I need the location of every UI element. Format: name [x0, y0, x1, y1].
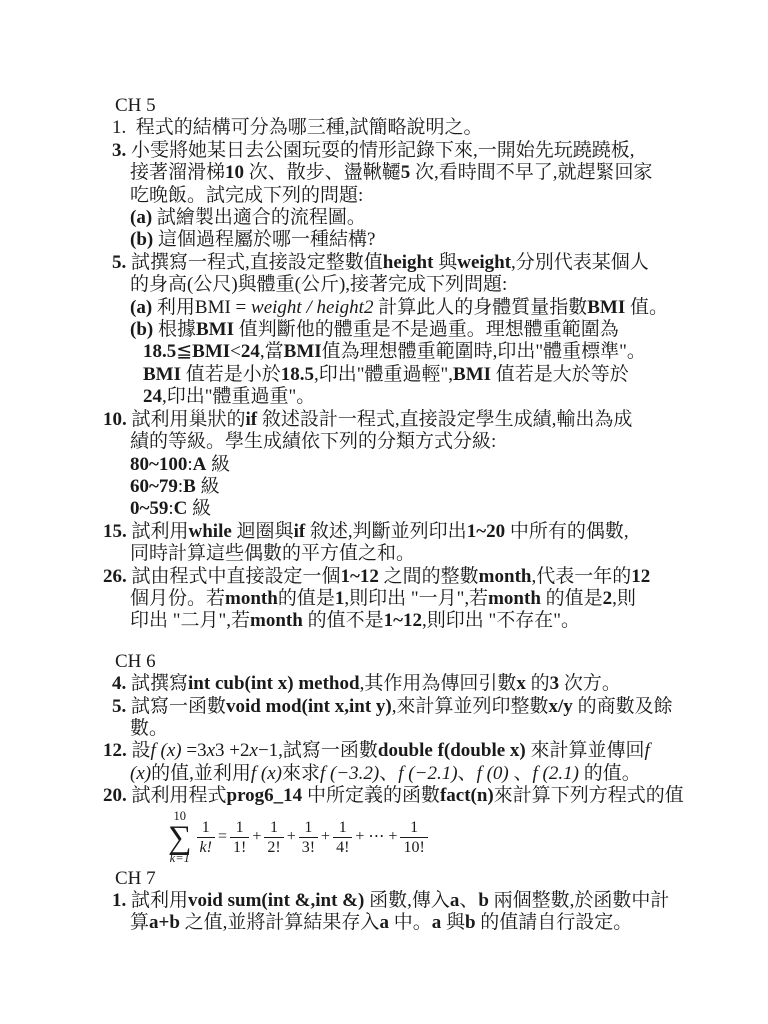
text-run: 10.: [103, 409, 127, 430]
text-run: 函數,傳入: [364, 890, 450, 911]
text-line: BMI 值若是小於18.5,印出"體重過輕",BMI 值若是大於等於: [143, 364, 768, 386]
text-run: 利用BMI =: [152, 297, 251, 318]
text-run: a: [450, 890, 460, 911]
text-run: 試寫一函數: [126, 696, 226, 717]
text-line: 3. 小雯將她某日去公園玩耍的情形記錄下來,一開始先玩蹺蹺板,: [112, 140, 768, 162]
chapter-heading: CH 5: [115, 95, 768, 117]
fraction: 11!: [230, 818, 249, 857]
text-run: 中所定義的函數: [302, 785, 440, 806]
text-run: height: [383, 252, 434, 273]
text-run: 值為理想體重範圍時,印出"體重標準"。: [322, 341, 646, 362]
text-run: if: [294, 521, 306, 542]
text-run: double f(double x): [378, 740, 526, 761]
text-run: a: [379, 912, 389, 933]
fraction: 14!: [333, 818, 352, 857]
text-run: void sum(int &,int &): [188, 890, 364, 911]
text-run: (a): [130, 207, 152, 228]
text-run: ,則: [612, 588, 636, 609]
text-run: 24: [143, 386, 162, 407]
fraction-numerator: 1: [267, 818, 281, 837]
text-run: 26.: [103, 566, 127, 587]
text-run: 的身高(公尺)與體重(公斤),接著完成下列問題:: [130, 274, 507, 295]
text-run: (b): [130, 319, 153, 340]
text-run: 程式的結構可分為哪三種,試簡略說明之。: [126, 117, 482, 138]
text-run: 的值是: [541, 588, 603, 609]
text-run: 迴圈與: [232, 521, 294, 542]
text-run: ,印出"體重過重"。: [162, 386, 315, 407]
text-run: 值若是小於: [181, 364, 281, 385]
text-run: 的: [526, 673, 550, 694]
text-run: 3.: [112, 140, 126, 161]
fraction-denominator: 10!: [400, 837, 427, 857]
formula-operator: =: [215, 826, 230, 848]
text-run: A: [193, 454, 207, 475]
text-run: 10: [225, 162, 244, 183]
text-run: BMI: [587, 297, 625, 318]
text-line: (x)的值,並利用f (x)來求f (−3.2)、f (−2.1)、f (0) …: [130, 763, 768, 785]
text-line: 0~59:C 級: [130, 498, 768, 520]
text-run: 5: [401, 162, 411, 183]
text-run: 、: [379, 763, 398, 784]
text-run: BMI: [143, 364, 181, 385]
text-run: 3: [550, 673, 560, 694]
text-run: 值若是大於等於: [491, 364, 629, 385]
text-run: 20.: [103, 785, 127, 806]
text-run: ,則印出 "不存在"。: [422, 610, 580, 631]
fraction-numerator: 1: [199, 818, 213, 837]
text-run: 5.: [112, 252, 126, 273]
text-run: 數。: [130, 718, 168, 739]
text-run: if: [246, 409, 258, 430]
text-run: 1~12: [341, 566, 379, 587]
fraction-numerator: 1: [233, 818, 247, 837]
text-run: month: [479, 566, 532, 587]
document-page: CH 51. 程式的結構可分為哪三種,試簡略說明之。3. 小雯將她某日去公園玩耍…: [0, 0, 768, 1024]
text-run: ,分別代表某個人: [511, 252, 649, 273]
text-run: 績的等級。學生成績依下列的分類方式分級:: [130, 431, 496, 452]
text-run: −1,試寫一函數: [258, 740, 378, 761]
formula-operator: +: [249, 826, 264, 848]
formula-operator: +: [284, 826, 299, 848]
text-run: 來計算並傳回: [526, 740, 645, 761]
text-run: x/y: [549, 696, 573, 717]
text-line: 26. 試由程式中直接設定一個1~12 之間的整數month,代表一年的12: [103, 566, 768, 588]
text-run: 60~79: [130, 476, 178, 497]
fraction-denominator: 2!: [264, 837, 283, 857]
text-run: weight / height2: [251, 297, 373, 318]
text-run: <: [230, 341, 241, 362]
text-run: (b): [130, 229, 153, 250]
text-run: 印出 "二月",若: [130, 610, 250, 631]
text-run: 1~20: [467, 521, 505, 542]
text-run: f (−2.1): [398, 763, 457, 784]
text-line: 80~100:A 級: [130, 454, 768, 476]
text-line: 4. 試撰寫int cub(int x) method,其作用為傳回引數x 的3…: [112, 673, 768, 695]
text-run: CH 5: [115, 95, 156, 116]
text-run: CH 7: [115, 868, 156, 889]
text-run: (x): [130, 763, 151, 784]
text-run: 小雯將她某日去公園玩耍的情形記錄下來,一開始先玩蹺蹺板,: [126, 140, 634, 161]
formula-operator: + ⋯ +: [352, 826, 400, 848]
text-run: 來計算下列方程式的值: [494, 785, 684, 806]
text-line: 績的等級。學生成績依下列的分類方式分級:: [130, 431, 768, 453]
text-line: (b) 這個過程屬於哪一種結構?: [130, 229, 768, 251]
text-run: 之間的整數: [379, 566, 479, 587]
text-line: 1. 試利用void sum(int &,int &) 函數,傳入a、b 兩個整…: [112, 890, 768, 912]
text-run: 試撰寫一程式,直接設定整數值: [126, 252, 383, 273]
text-run: 之值,並將計算結果存入: [180, 912, 380, 933]
text-run: 1: [335, 588, 345, 609]
text-run: 次方。: [559, 673, 621, 694]
text-run: month: [225, 588, 278, 609]
text-run: fact(n): [440, 785, 494, 806]
summation-formula: 10∑k=11k!=11!+12!+13!+14!+ ⋯ +110!: [168, 808, 768, 868]
text-run: BMI: [192, 341, 230, 362]
text-run: BMI: [284, 341, 322, 362]
formula-operator: +: [318, 826, 333, 848]
text-line: 12. 設f (x) =3x3 +2x−1,試寫一函數double f(doub…: [103, 740, 768, 762]
text-run: 4.: [112, 673, 126, 694]
text-run: while: [189, 521, 232, 542]
text-run: 12.: [103, 740, 127, 761]
fraction-denominator: k!: [197, 837, 215, 857]
text-run: 80~100: [130, 454, 187, 475]
text-run: f (x): [151, 740, 182, 761]
text-run: 值。: [625, 297, 668, 318]
text-line: 60~79:B 級: [130, 476, 768, 498]
text-line: 15. 試利用while 迴圈與if 敘述,判斷並列印出1~20 中所有的偶數,: [103, 521, 768, 543]
fraction-numerator: 1: [407, 818, 421, 837]
chapter-heading: CH 6: [115, 651, 768, 673]
text-run: a: [432, 912, 442, 933]
text-run: 試繪製出適合的流程圖。: [152, 207, 366, 228]
text-run: 接著溜滑梯: [130, 162, 225, 183]
text-run: 的值是: [278, 588, 335, 609]
text-line: 10. 試利用巢狀的if 敘述設計一程式,直接設定學生成績,輸出為成: [103, 409, 768, 431]
text-run: ,當: [260, 341, 284, 362]
line-gap: [0, 633, 768, 651]
text-run: f (0): [477, 763, 509, 784]
text-run: 與: [441, 912, 465, 933]
fraction: 1k!: [197, 818, 215, 857]
text-line: 1. 程式的結構可分為哪三種,試簡略說明之。: [112, 117, 768, 139]
fraction-denominator: 4!: [333, 837, 352, 857]
text-run: x: [250, 740, 258, 761]
text-run: 同時計算這些偶數的平方值之和。: [130, 543, 415, 564]
text-run: 18.5: [143, 341, 176, 362]
text-run: CH 6: [115, 651, 156, 672]
text-run: 與: [433, 252, 457, 273]
text-run: C: [174, 498, 188, 519]
text-run: 的商數及餘: [573, 696, 673, 717]
text-run: f (x): [251, 763, 282, 784]
sigma-icon: ∑: [168, 824, 192, 852]
fraction-denominator: 1!: [230, 837, 249, 857]
text-run: 2: [603, 588, 613, 609]
text-block: CH 51. 程式的結構可分為哪三種,試簡略說明之。3. 小雯將她某日去公園玩耍…: [0, 95, 768, 935]
fraction-denominator: 3!: [299, 837, 318, 857]
fraction-numerator: 1: [301, 818, 315, 837]
text-run: (a): [130, 297, 152, 318]
text-run: a+b: [149, 912, 180, 933]
text-line: 同時計算這些偶數的平方值之和。: [130, 543, 768, 565]
text-run: weight: [457, 252, 511, 273]
text-run: 、: [459, 890, 478, 911]
text-run: 試撰寫: [126, 673, 188, 694]
text-run: f (2.1): [533, 763, 579, 784]
text-run: 24: [241, 341, 260, 362]
text-run: 來求: [282, 763, 320, 784]
text-run: 級: [187, 498, 211, 519]
sigma-column: 10∑k=1: [168, 810, 192, 866]
text-run: 、: [509, 763, 533, 784]
text-run: 18.5: [281, 364, 314, 385]
text-run: 敘述設計一程式,直接設定學生成績,輸出為成: [257, 409, 632, 430]
text-run: 3 +2: [215, 740, 249, 761]
text-run: 試利用程式: [127, 785, 227, 806]
text-run: 的值,並利用: [151, 763, 251, 784]
text-line: (a) 利用BMI = weight / height2 計算此人的身體質量指數…: [130, 297, 768, 319]
text-line: 20. 試利用程式prog6_14 中所定義的函數fact(n)來計算下列方程式…: [103, 785, 768, 807]
text-run: 次,看時間不早了,就趕緊回家: [410, 162, 652, 183]
fraction-numerator: 1: [336, 818, 350, 837]
text-run: 兩個整數,於函數中計: [489, 890, 670, 911]
text-line: 的身高(公尺)與體重(公斤),接著完成下列問題:: [130, 274, 768, 296]
text-run: ,來計算並列印整數: [392, 696, 549, 717]
text-run: 1.: [112, 890, 126, 911]
text-run: 5.: [112, 696, 126, 717]
text-run: 值判斷他的體重是不是過重。理想體重範圍為: [234, 319, 619, 340]
text-run: 試利用: [126, 890, 188, 911]
text-run: 中所有的偶數,: [505, 521, 629, 542]
fraction: 12!: [264, 818, 283, 857]
text-run: 這個過程屬於哪一種結構?: [153, 229, 375, 250]
text-run: 級: [196, 476, 220, 497]
text-run: BMI: [453, 364, 491, 385]
text-run: ,則印出 "一月",若: [344, 588, 488, 609]
text-run: prog6_14: [227, 785, 303, 806]
text-run: month: [250, 610, 303, 631]
text-run: BMI: [196, 319, 234, 340]
text-run: 1.: [112, 117, 126, 138]
text-line: 個月份。若month的值是1,則印出 "一月",若month 的值是2,則: [130, 588, 768, 610]
text-run: void mod(int x,int y): [226, 696, 392, 717]
text-line: 吃晚飯。試完成下列的問題:: [130, 185, 768, 207]
text-run: x: [207, 740, 215, 761]
fraction: 13!: [299, 818, 318, 857]
text-run: f: [645, 740, 650, 761]
text-run: 試利用: [127, 521, 189, 542]
sigma-lower-limit: k=1: [170, 852, 190, 866]
text-run: 的值。: [579, 763, 641, 784]
text-run: 0~59: [130, 498, 168, 519]
text-line: 印出 "二月",若month 的值不是1~12,則印出 "不存在"。: [130, 610, 768, 632]
text-run: 15.: [103, 521, 127, 542]
text-run: ,代表一年的: [531, 566, 631, 587]
text-run: 、: [458, 763, 477, 784]
text-run: 吃晚飯。試完成下列的問題:: [130, 185, 363, 206]
text-run: B: [183, 476, 196, 497]
text-run: x: [516, 673, 526, 694]
fraction: 110!: [400, 818, 427, 857]
text-run: month: [488, 588, 541, 609]
text-run: 試由程式中直接設定一個: [127, 566, 341, 587]
text-line: (b) 根據BMI 值判斷他的體重是不是過重。理想體重範圍為: [130, 319, 768, 341]
text-line: 5. 試寫一函數void mod(int x,int y),來計算並列印整數x/…: [112, 696, 768, 718]
text-run: 的值請自行設定。: [476, 912, 633, 933]
text-run: =3: [182, 740, 207, 761]
text-run: 級: [206, 454, 230, 475]
text-run: ,其作用為傳回引數: [360, 673, 517, 694]
text-run: 次、散步、盪鞦韆: [244, 162, 401, 183]
text-run: int cub(int x) method: [188, 673, 360, 694]
text-line: 算a+b 之值,並將計算結果存入a 中。a 與b 的值請自行設定。: [130, 912, 768, 934]
text-line: 18.5≦BMI<24,當BMI值為理想體重範圍時,印出"體重標準"。: [143, 341, 768, 363]
text-run: b: [465, 912, 476, 933]
text-run: 根據: [153, 319, 196, 340]
text-line: 接著溜滑梯10 次、散步、盪鞦韆5 次,看時間不早了,就趕緊回家: [130, 162, 768, 184]
text-run: 設: [127, 740, 151, 761]
text-run: 中。: [389, 912, 432, 933]
text-line: 5. 試撰寫一程式,直接設定整數值height 與weight,分別代表某個人: [112, 252, 768, 274]
text-run: f (−3.2): [320, 763, 379, 784]
text-run: 個月份。若: [130, 588, 225, 609]
text-run: ,印出"體重過輕",: [314, 364, 453, 385]
text-run: 計算此人的身體質量指數: [373, 297, 587, 318]
text-line: 24,印出"體重過重"。: [143, 386, 768, 408]
text-run: 算: [130, 912, 149, 933]
text-run: 的值不是: [303, 610, 384, 631]
text-run: 1~12: [384, 610, 422, 631]
chapter-heading: CH 7: [115, 868, 768, 890]
text-line: 數。: [130, 718, 768, 740]
text-run: 12: [631, 566, 650, 587]
text-run: b: [478, 890, 489, 911]
text-line: (a) 試繪製出適合的流程圖。: [130, 207, 768, 229]
text-run: 敘述,判斷並列印出: [305, 521, 467, 542]
text-run: 試利用巢狀的: [127, 409, 246, 430]
text-run: ≦: [176, 341, 192, 362]
